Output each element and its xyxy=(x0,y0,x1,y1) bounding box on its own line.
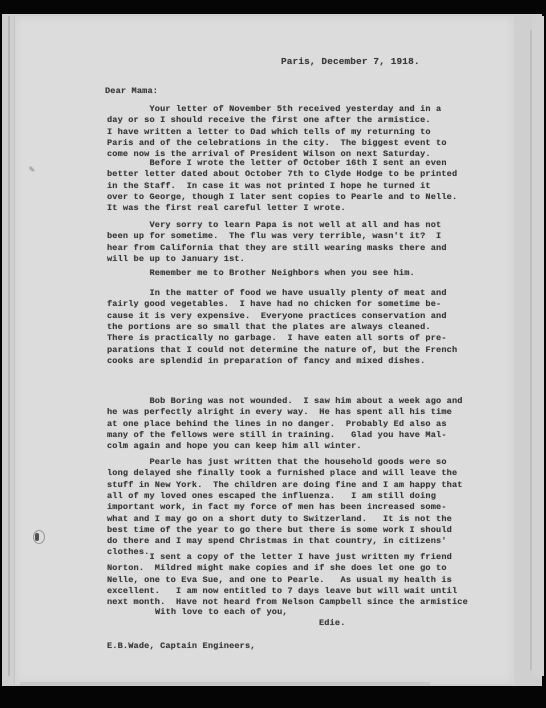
signoff: Edie. xyxy=(319,618,346,628)
paragraph-7-line: Pearle has just written that the househo… xyxy=(107,457,447,467)
paragraph-5-line: fairly good vegetables. I have had no ch… xyxy=(107,299,441,309)
closing: With love to each of you, xyxy=(155,607,288,617)
paragraph-8-line: next month. Have not heard from Nelson C… xyxy=(107,597,468,607)
margin-handwritten-mark-icon: ✎ xyxy=(29,165,45,175)
paragraph-1-line: Paris and of the celebrations in the cit… xyxy=(107,138,447,148)
page-edge-right xyxy=(530,30,532,670)
dateline: Paris, December 7, 1918. xyxy=(281,57,420,67)
paragraph-7-line: do there and I may spend Christmas in th… xyxy=(107,536,447,546)
paragraph-7-line: all of my loved ones escaped the influen… xyxy=(107,491,436,501)
paragraph-7-line: long delayed she finally took a furnishe… xyxy=(107,468,457,478)
paragraph-8-line: Nelle, one to Eva Sue, and one to Pearle… xyxy=(107,575,452,585)
paragraph-6-line: colm again and hope you can keep him all… xyxy=(107,441,362,451)
paragraph-3-line: will be up to January 1st. xyxy=(107,254,245,264)
page-edge-left xyxy=(8,16,10,676)
paragraph-7-line: stuff in New York. The children are doin… xyxy=(107,480,463,490)
paragraph-2-line: Before I wrote the letter of October 16t… xyxy=(107,158,447,168)
paragraph-3-line: Very sorry to learn Papa is not well at … xyxy=(107,220,441,230)
page-bottom-shadow xyxy=(20,682,430,686)
paragraph-5-line: In the matter of food we have usually pl… xyxy=(107,288,447,298)
salutation: Dear Mama: xyxy=(105,86,158,96)
page-edge-line xyxy=(14,16,15,684)
paragraph-6-line: many of the fellows were still in traini… xyxy=(107,430,447,440)
paragraph-6-line: at one place behind the lines in no dang… xyxy=(107,419,447,429)
paragraph-5-line: parations that I could not determine the… xyxy=(107,345,457,355)
paragraph-3-line: been up for sometime. The flu was very t… xyxy=(107,231,441,241)
paragraph-2-line: It was the first real careful letter I w… xyxy=(107,203,346,213)
signature-block: E.B.Wade, Captain Engineers, xyxy=(107,641,256,651)
paragraph-3-line: hear from California that they are still… xyxy=(107,243,447,253)
paragraph-7-line: best time of the year to go there but th… xyxy=(107,525,452,535)
paragraph-7-line: what and I may go on a short duty to Swi… xyxy=(107,514,452,524)
paragraph-2-line: in the Staff. In case it was not printed… xyxy=(107,181,431,191)
paragraph-1-line: I have written a letter to Dad which tel… xyxy=(107,127,431,137)
paragraph-7-line: important work, in fact my force of men … xyxy=(107,502,447,512)
punch-hole-mark-icon xyxy=(33,530,45,544)
paragraph-2-line: better letter dated about October 7th to… xyxy=(107,169,457,179)
right-paper-strip xyxy=(532,16,544,676)
paragraph-2-line: over to George, though I later sent copi… xyxy=(107,192,457,202)
paragraph-5-line: the portions are so small that the plate… xyxy=(107,322,431,332)
paragraph-5-line: There is practically no garbage. I have … xyxy=(107,333,447,343)
paragraph-6-line: he was perfectly alright in every way. H… xyxy=(107,407,452,417)
paragraph-5-line: cooks are splendid in preparation of fan… xyxy=(107,356,425,366)
paragraph-4-line: Remember me to Brother Neighbors when yo… xyxy=(107,268,415,278)
paragraph-6-line: Bob Boring was not wounded. I saw him ab… xyxy=(107,396,463,406)
paragraph-1-line: day or so I should receive the first one… xyxy=(107,115,431,125)
paragraph-8-line: Norton. Mildred might make copies and if… xyxy=(107,563,447,573)
paragraph-8-line: excellent. I am now entitled to 7 days l… xyxy=(107,586,457,596)
paragraph-8-line: I sent a copy of the letter I have just … xyxy=(107,552,452,562)
paragraph-5-line: cause it is very expensive. Everyone pra… xyxy=(107,311,447,321)
paragraph-1-line: Your letter of November 5th received yes… xyxy=(107,104,441,114)
